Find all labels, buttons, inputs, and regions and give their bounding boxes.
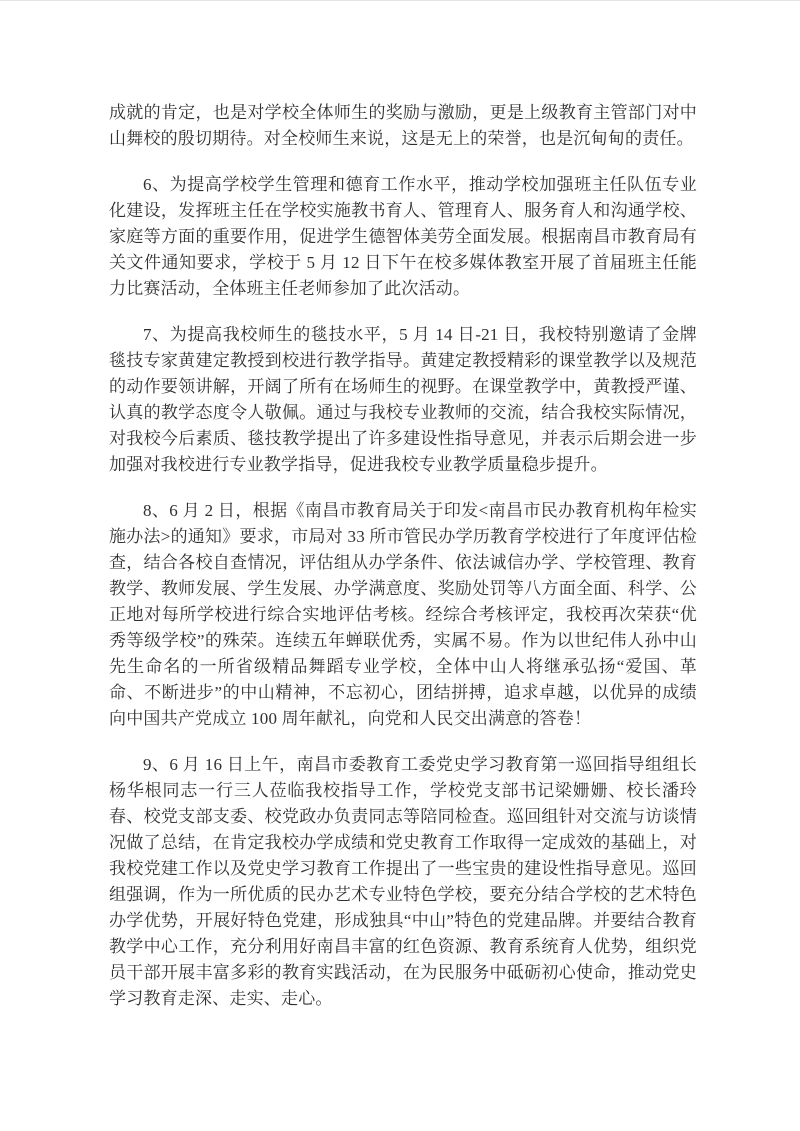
paragraph-item-6: 6、为提高学校学生管理和德育工作水平，推动学校加强班主任队伍专业化建设，发挥班主…	[109, 172, 697, 302]
document-page: 成就的肯定，也是对学校全体师生的奖励与激励，更是上级教育主管部门对中山舞校的殷切…	[0, 0, 800, 1131]
paragraph-item-8: 8、6 月 2 日，根据《南昌市教育局关于印发<南昌市民办教育机构年检实施办法>…	[109, 498, 697, 732]
paragraph-continuation: 成就的肯定，也是对学校全体师生的奖励与激励，更是上级教育主管部门对中山舞校的殷切…	[109, 100, 697, 152]
document-body: 成就的肯定，也是对学校全体师生的奖励与激励，更是上级教育主管部门对中山舞校的殷切…	[109, 100, 697, 1012]
page-top-edge-line	[0, 0, 800, 1]
paragraph-item-9: 9、6 月 16 日上午，南昌市委教育工委党史学习教育第一巡回指导组组长杨华根同…	[109, 752, 697, 1012]
paragraph-item-7: 7、为提高我校师生的毯技水平，5 月 14 日-21 日，我校特别邀请了金牌毯技…	[109, 322, 697, 478]
